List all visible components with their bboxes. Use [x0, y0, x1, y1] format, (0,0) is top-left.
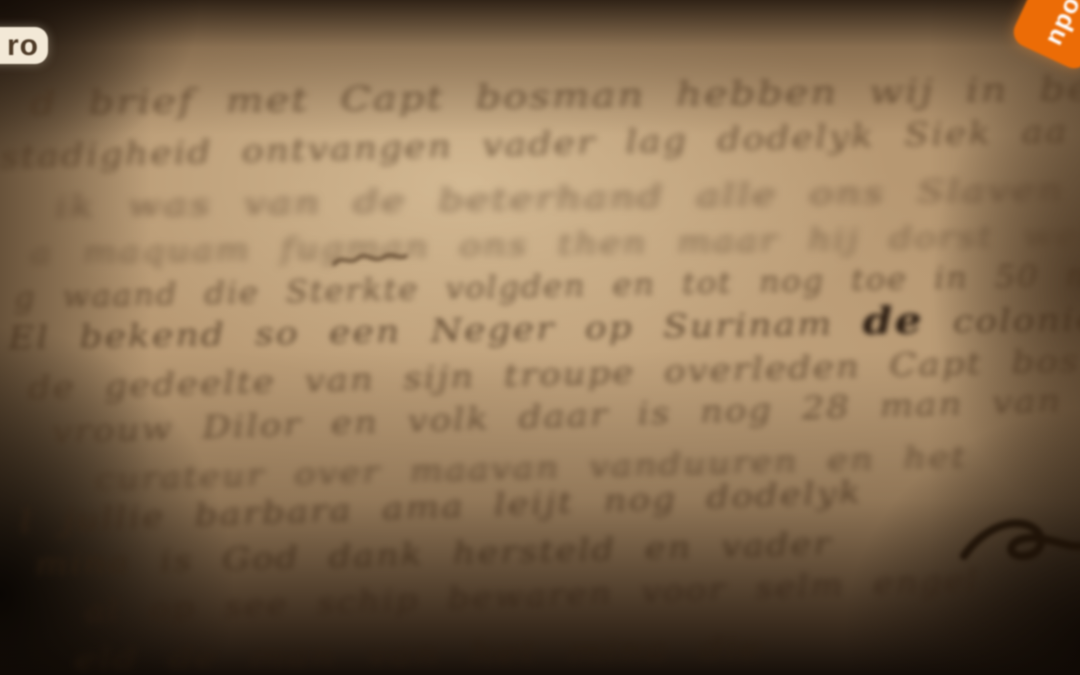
- manuscript-line: curateur over maavan vanduuren en het: [94, 433, 967, 499]
- inserted-word-squiggle: [330, 248, 410, 274]
- manuscript-line: a maquam fugman ons then maar hij dorst …: [30, 211, 1080, 273]
- npo-logo-text: npo: [1040, 0, 1080, 48]
- video-frame: d brief met Capt bosman hebben wij in be…: [0, 0, 1080, 675]
- manuscript-line: d brief met Capt bosman hebben wij in be: [30, 63, 1080, 125]
- emphasis-word: de: [862, 298, 924, 343]
- manuscript-line: eld de man van het mina die: [75, 624, 765, 675]
- broadcaster-logo: ro: [0, 27, 48, 64]
- ink-flourish: [958, 512, 1080, 576]
- manuscript-line: ik was van de beterhand alle ons Slaven: [55, 165, 1066, 227]
- manuscript-line: l jullie barbara ama leijt nog dodelyk: [19, 469, 863, 541]
- manuscript-line: El bekend so een Neger op Surinam de col…: [8, 295, 1080, 358]
- manuscript-line: mina is God dank hersteld en vader: [34, 520, 832, 584]
- manuscript-line: g waand die Sterkte volgden en tot nog t…: [14, 250, 1080, 317]
- manuscript-line: de gedeelte van sijn troupe overleden Ca…: [27, 336, 1080, 408]
- manuscript-line: vrouw Dilor en volk daar is nog 28 man v…: [51, 374, 1080, 452]
- broadcaster-logo-text: ro: [7, 31, 39, 61]
- manuscript-line: stadigheid ontvangen vader lag dodelyk S…: [0, 107, 1069, 177]
- manuscript-line: al op see schip bewaren voor selm engel: [84, 557, 980, 631]
- npo-logo: npo: [1009, 0, 1080, 73]
